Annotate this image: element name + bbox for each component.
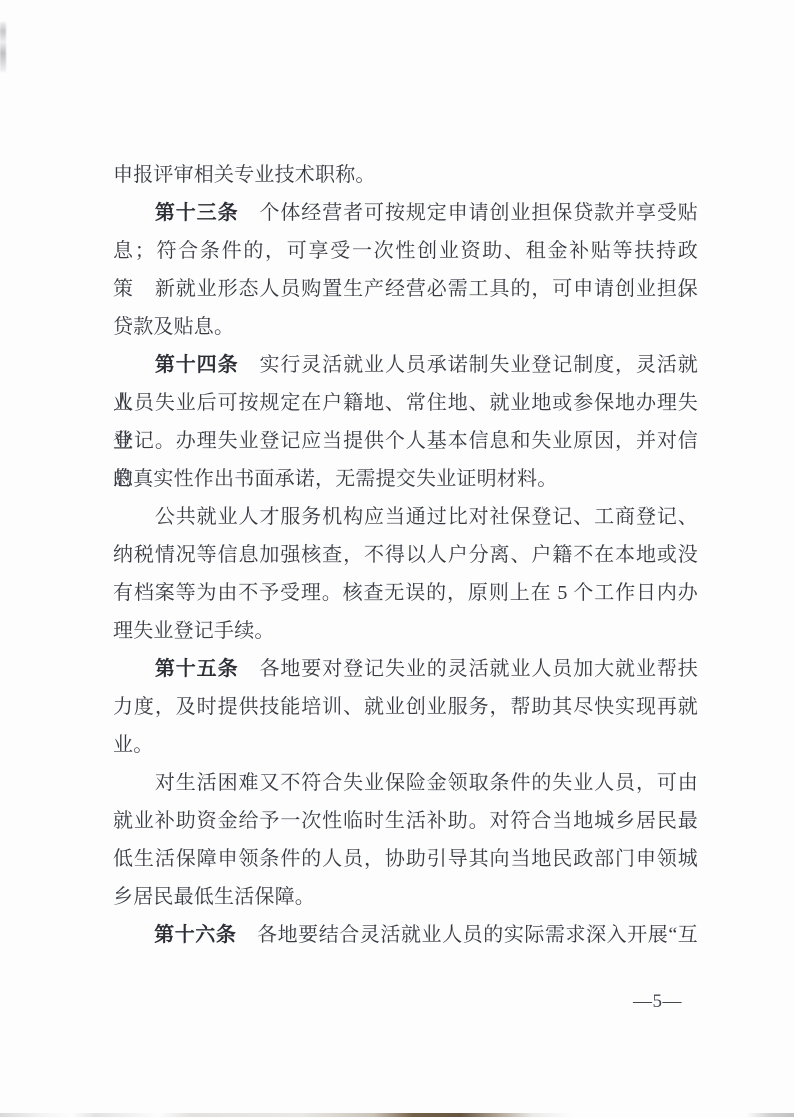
- text-line: 人员失业后可按规定在户籍地、常住地、就业地或参保地办理失业: [113, 384, 698, 422]
- scan-line-bottom-artifact: [0, 1113, 794, 1117]
- page-number: —5—: [633, 991, 682, 1013]
- text-line: 力度，及时提供技能培训、就业创业服务，帮助其尽快实现再就: [113, 688, 698, 726]
- text-line: 纳税情况等信息加强核查，不得以人户分离、户籍不在本地或没: [113, 536, 698, 574]
- text-line: 贷款及贴息。: [113, 308, 698, 346]
- article-number: 第十五条: [155, 658, 239, 680]
- scan-smudge-top-left-artifact: [0, 22, 6, 72]
- text-line: 新就业形态人员购置生产经营必需工具的，可申请创业担保: [113, 270, 698, 308]
- article-number: 第十六条: [154, 924, 236, 946]
- text-line: 的真实性作出书面承诺，无需提交失业证明材料。: [113, 460, 698, 498]
- text-line: 第十六条 各地要结合灵活就业人员的实际需求深入开展“互: [113, 916, 698, 954]
- text-line: 第十三条 个体经营者可按规定申请创业担保贷款并享受贴: [113, 194, 698, 232]
- text-line: 对生活困难又不符合失业保险金领取条件的失业人员，可由: [113, 764, 698, 802]
- text-line: 理失业登记手续。: [113, 612, 698, 650]
- text-line: 业。: [113, 726, 698, 764]
- text-line: 低生活保障申领条件的人员，协助引导其向当地民政部门申领城: [113, 840, 698, 878]
- document-body: 申报评审相关专业技术职称。 第十三条 个体经营者可按规定申请创业担保贷款并享受贴…: [113, 156, 698, 954]
- text-line: 第十五条 各地要对登记失业的灵活就业人员加大就业帮扶: [113, 650, 698, 688]
- text-line: 申报评审相关专业技术职称。: [113, 156, 698, 194]
- text-line: 公共就业人才服务机构应当通过比对社保登记、工商登记、: [113, 498, 698, 536]
- article-number: 第十四条: [155, 354, 239, 376]
- article-number: 第十三条: [155, 202, 239, 224]
- text-line: 第十四条 实行灵活就业人员承诺制失业登记制度，灵活就业: [113, 346, 698, 384]
- text-line: 就业补助资金给予一次性临时生活补助。对符合当地城乡居民最: [113, 802, 698, 840]
- text-line: 登记。办理失业登记应当提供个人基本信息和失业原因，并对信息: [113, 422, 698, 460]
- text-line: 乡居民最低生活保障。: [113, 878, 698, 916]
- text-line: 息；符合条件的，可享受一次性创业资助、租金补贴等扶持政策。: [113, 232, 698, 270]
- document-page: 申报评审相关专业技术职称。 第十三条 个体经营者可按规定申请创业担保贷款并享受贴…: [0, 0, 794, 1118]
- text-line: 有档案等为由不予受理。核查无误的，原则上在 5 个工作日内办: [113, 574, 698, 612]
